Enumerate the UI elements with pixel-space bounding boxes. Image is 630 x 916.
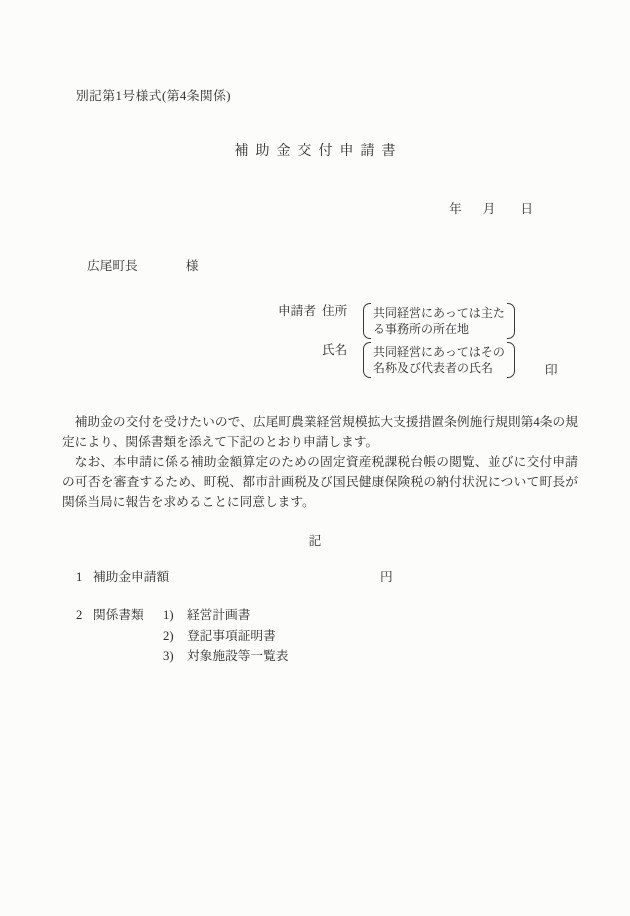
date-line: 年月日 — [449, 198, 533, 217]
document-2-number: 2) — [163, 626, 187, 647]
document-list-item: 3) 対象施設等一覧表 — [163, 646, 289, 667]
applicant-address-row: 申請者 住所 共同経営にあっては主た る事務所の所在地 — [278, 303, 558, 339]
item-2-label: 関係書類 — [93, 605, 163, 626]
item-related-documents: 2 関係書類 1) 経営計画書 2) 登記事項証明書 3) 対象施設等一覧表 — [76, 605, 289, 667]
document-3-number: 3) — [163, 646, 187, 667]
item-1-label: 補助金申請額 — [93, 566, 169, 585]
name-note-line-2: 名称及び代表者の氏名 — [373, 360, 505, 376]
item-2-number: 2 — [76, 605, 93, 626]
body-paragraph-2: なお、本申請に係る補助金額算定のための固定資産税課税台帳の閲覧、並びに交付申請の… — [62, 452, 578, 512]
item-1-number: 1 — [76, 570, 93, 585]
record-marker: 記 — [0, 530, 630, 549]
document-list: 1) 経営計画書 2) 登記事項証明書 3) 対象施設等一覧表 — [163, 605, 289, 667]
document-title: 補助金交付申請書 — [0, 140, 630, 160]
document-list-item: 2) 登記事項証明書 — [163, 626, 289, 647]
document-page: 別記第1号様式(第4条関係) 補助金交付申請書 年月日 広尾町長様 申請者 住所… — [0, 0, 630, 916]
body-paragraph-1: 補助金の交付を受けたいので、広尾町農業経営規模拡大支援措置条例施行規則第4条の規… — [62, 412, 578, 452]
seal-mark: 印 — [545, 362, 558, 378]
document-list-item: 1) 経営計画書 — [163, 605, 289, 626]
name-note-line-1: 共同経営にあってはその — [373, 344, 505, 360]
document-1-number: 1) — [163, 605, 187, 626]
body-text: 補助金の交付を受けたいので、広尾町農業経営規模拡大支援措置条例施行規則第4条の規… — [62, 412, 578, 512]
address-note-bracket: 共同経営にあっては主た る事務所の所在地 — [363, 303, 515, 339]
name-label: 氏名 — [322, 342, 363, 358]
yen-unit-label: 円 — [380, 566, 393, 585]
date-year-label: 年 — [449, 202, 462, 216]
address-note-line-1: 共同経営にあっては主た — [373, 305, 505, 321]
addressee-line: 広尾町長様 — [87, 255, 198, 274]
name-note-bracket: 共同経営にあってはその 名称及び代表者の氏名 — [363, 342, 515, 378]
address-label: 住所 — [322, 303, 363, 319]
item-subsidy-amount: 1補助金申請額 円 — [76, 566, 169, 585]
document-3-name: 対象施設等一覧表 — [187, 646, 289, 667]
applicant-block: 申請者 住所 共同経営にあっては主た る事務所の所在地 氏名 共同経営にあっては… — [278, 303, 558, 378]
applicant-name-row: 氏名 共同経営にあってはその 名称及び代表者の氏名 印 — [322, 342, 558, 378]
addressee-honorific: 様 — [186, 259, 199, 273]
addressee-name: 広尾町長 — [87, 259, 138, 273]
date-month-label: 月 — [483, 202, 496, 216]
document-2-name: 登記事項証明書 — [187, 626, 276, 647]
address-note-line-2: る事務所の所在地 — [373, 321, 505, 337]
applicant-label: 申請者 — [278, 303, 322, 319]
form-number: 別記第1号様式(第4条関係) — [76, 85, 231, 104]
date-day-label: 日 — [520, 202, 533, 216]
document-1-name: 経営計画書 — [187, 605, 250, 626]
